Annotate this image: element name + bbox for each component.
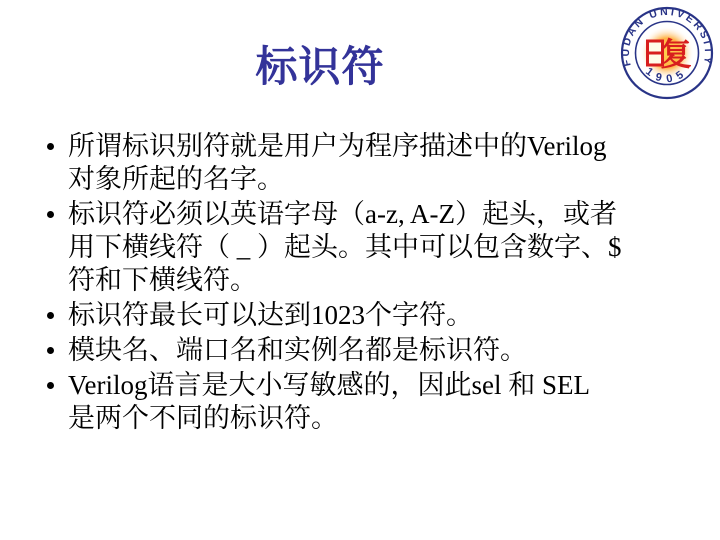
slide-body: 所谓标识别符就是用户为程序描述中的Verilog 对象所起的名字。 标识符必须以… [30,130,706,437]
presentation-slide: 标识符 复 FUDAN UNIVERSITY 1905 [0,0,720,540]
bullet-icon [47,143,54,150]
fudan-university-seal: 复 FUDAN UNIVERSITY 1905 [620,6,714,100]
list-item: 所谓标识别符就是用户为程序描述中的Verilog 对象所起的名字。 [30,130,706,196]
bullet-icon [47,312,54,319]
bullet-text-line: 所谓标识别符就是用户为程序描述中的Verilog [68,130,706,163]
university-seal-icon: 复 FUDAN UNIVERSITY 1905 [620,6,714,100]
list-item: 模块名、端口名和实例名都是标识符。 [30,334,706,367]
list-item: Verilog语言是大小写敏感的，因此sel 和 SEL 是两个不同的标识符。 [30,369,706,435]
bullet-icon [47,382,54,389]
bullet-text-line: Verilog语言是大小写敏感的，因此sel 和 SEL [68,369,706,402]
bullet-icon [47,211,54,218]
bullet-icon [47,347,54,354]
bullet-text-line: 对象所起的名字。 [68,163,706,196]
bullet-text-line: 模块名、端口名和实例名都是标识符。 [68,334,706,367]
bullet-list: 所谓标识别符就是用户为程序描述中的Verilog 对象所起的名字。 标识符必须以… [30,130,706,435]
bullet-text-line: 用下横线符（ _ ）起头。其中可以包含数字、$ [68,231,706,264]
bullet-text-line: 是两个不同的标识符。 [68,402,706,435]
slide-title: 标识符 [0,42,640,94]
seal-fu-glyph: 复 [660,36,692,72]
list-item: 标识符最长可以达到1023个字符。 [30,299,706,332]
bullet-text-line: 标识符必须以英语字母（a-z, A-Z）起头，或者 [68,198,706,231]
bullet-text-line: 标识符最长可以达到1023个字符。 [68,299,706,332]
bullet-text-line: 符和下横线符。 [68,264,706,297]
list-item: 标识符必须以英语字母（a-z, A-Z）起头，或者 用下横线符（ _ ）起头。其… [30,198,706,297]
